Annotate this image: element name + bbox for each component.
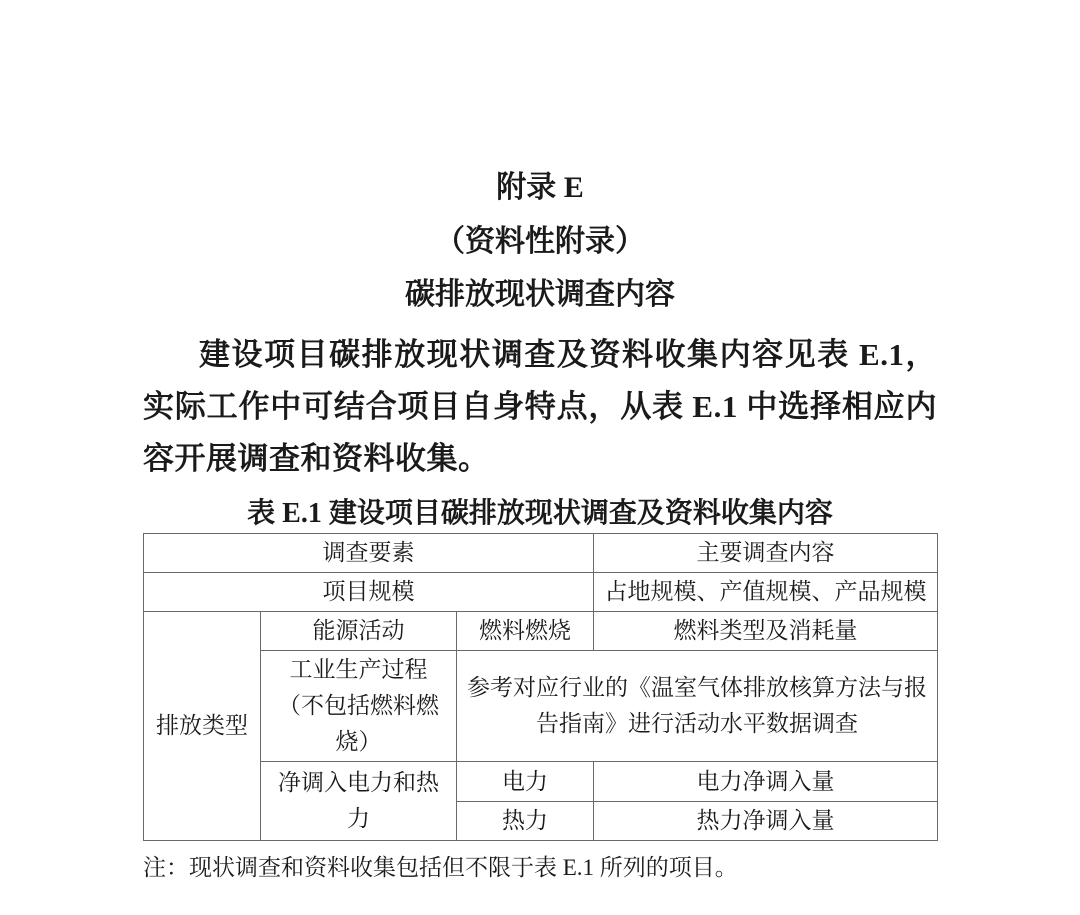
cell-main-content-header: 主要调查内容 — [594, 534, 938, 573]
appendix-subtitle: （资料性附录） — [143, 226, 937, 258]
cell-electricity: 电力 — [457, 762, 594, 802]
cell-fuel-content: 燃料类型及消耗量 — [594, 612, 938, 651]
cell-electricity-content: 电力净调入量 — [594, 762, 938, 802]
table-note: 注：现状调查和资料收集包括但不限于表 E.1 所列的项目。 — [143, 853, 937, 883]
table-row: 净调入电力和热力 电力 电力净调入量 — [144, 762, 938, 802]
document-page: 附录 E （资料性附录） 碳排放现状调查内容 建设项目碳排放现状调查及资料收集内… — [143, 0, 937, 883]
cell-project-scale-content: 占地规模、产值规模、产品规模 — [594, 573, 938, 612]
table-caption: 表 E.1 建设项目碳排放现状调查及资料收集内容 — [143, 497, 937, 531]
cell-fuel-combustion: 燃料燃烧 — [457, 612, 594, 651]
table-row: 工业生产过程（不包括燃料燃烧） 参考对应行业的《温室气体排放核算方法与报告指南》… — [144, 651, 938, 762]
cell-heat: 热力 — [457, 802, 594, 841]
survey-table: 调查要素 主要调查内容 项目规模 占地规模、产值规模、产品规模 排放类型 能源活… — [143, 533, 938, 841]
cell-industrial-process: 工业生产过程（不包括燃料燃烧） — [261, 651, 457, 762]
cell-industrial-content: 参考对应行业的《温室气体排放核算方法与报告指南》进行活动水平数据调查 — [457, 651, 938, 762]
cell-emission-type: 排放类型 — [144, 612, 261, 841]
cell-heat-content: 热力净调入量 — [594, 802, 938, 841]
appendix-title: 附录 E — [143, 172, 937, 204]
cell-survey-elements-header: 调查要素 — [144, 534, 594, 573]
cell-project-scale: 项目规模 — [144, 573, 594, 612]
cell-net-import: 净调入电力和热力 — [261, 762, 457, 841]
intro-paragraph: 建设项目碳排放现状调查及资料收集内容见表 E.1，实际工作中可结合项目自身特点，… — [143, 329, 937, 485]
table-row: 排放类型 能源活动 燃料燃烧 燃料类型及消耗量 — [144, 612, 938, 651]
cell-energy-activity: 能源活动 — [261, 612, 457, 651]
table-row: 项目规模 占地规模、产值规模、产品规模 — [144, 573, 938, 612]
table-row: 调查要素 主要调查内容 — [144, 534, 938, 573]
appendix-heading: 碳排放现状调查内容 — [143, 279, 937, 311]
